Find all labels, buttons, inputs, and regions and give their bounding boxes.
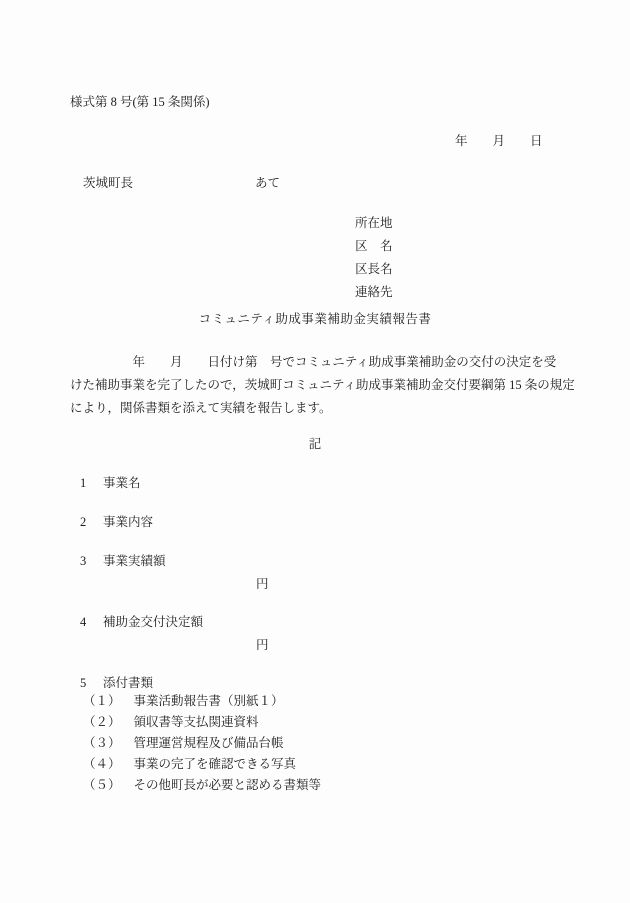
item-label: 事業実績額 xyxy=(103,550,166,573)
item-label: 事業名 xyxy=(103,472,141,495)
attachment-row-1: （１） 事業活動報告書（別紙１） xyxy=(70,691,560,712)
attachment-row-4: （４） 事業の完了を確認できる写真 xyxy=(70,754,560,775)
attachments-list: （１） 事業活動報告書（別紙１） （２） 領収書等支払関連資料 （３） 管理運営… xyxy=(70,691,560,796)
attachment-text: 管理運営規程及び備品台帳 xyxy=(134,733,284,754)
attachment-number: （５） xyxy=(83,775,121,796)
item-number: 3 xyxy=(80,550,103,573)
item-label: 事業内容 xyxy=(103,511,153,534)
attachment-number: （３） xyxy=(83,733,121,754)
body-paragraph: 年 月 日付け第 号でコミュニティ助成事業補助金の交付の決定を受 けた補助事業を… xyxy=(70,351,560,420)
item-number: 4 xyxy=(80,611,103,634)
attachment-number: （１） xyxy=(83,691,121,712)
sender-fields-block: 所在地 区 名 区長名 連絡先 xyxy=(355,212,560,304)
item-grant-decision-amount: 4 補助金交付決定額 xyxy=(70,611,560,634)
sender-district-name-label: 区 名 xyxy=(355,235,560,258)
item-project-content: 2 事業内容 xyxy=(70,511,560,534)
attachment-number: （２） xyxy=(83,712,121,733)
attachment-row-5: （５） その他町長が必要と認める書類等 xyxy=(70,775,560,796)
attachment-text: その他町長が必要と認める書類等 xyxy=(134,775,322,796)
item-label: 補助金交付決定額 xyxy=(103,611,203,634)
amount-unit-yen: 円 xyxy=(256,573,560,596)
sender-address-label: 所在地 xyxy=(355,212,560,235)
addressee-name: 茨城町長 xyxy=(83,172,133,195)
attachment-row-2: （２） 領収書等支払関連資料 xyxy=(70,712,560,733)
document-title: コミュニティ助成事業補助金実績報告書 xyxy=(70,308,560,331)
attachment-text: 事業の完了を確認できる写真 xyxy=(134,754,297,775)
addressee-suffix: あて xyxy=(255,172,280,195)
item-project-actual-amount: 3 事業実績額 xyxy=(70,550,560,573)
document-page: 様式第 8 号(第 15 条関係) 年 月 日 茨城町長 あて 所在地 区 名 … xyxy=(0,0,630,903)
attachment-text: 事業活動報告書（別紙１） xyxy=(134,691,284,712)
amount-unit-yen: 円 xyxy=(256,634,560,657)
issue-date-line: 年 月 日 xyxy=(455,130,560,153)
attachment-number: （４） xyxy=(83,754,121,775)
item-number: 1 xyxy=(80,472,103,495)
item-project-name: 1 事業名 xyxy=(70,472,560,495)
attachment-text: 領収書等支払関連資料 xyxy=(134,712,259,733)
item-number: 2 xyxy=(80,511,103,534)
sender-district-head-label: 区長名 xyxy=(355,258,560,281)
body-line-1: 年 月 日付け第 号でコミュニティ助成事業補助金の交付の決定を受 xyxy=(70,351,560,374)
record-heading: 記 xyxy=(70,433,560,456)
addressee-line: 茨城町長 あて xyxy=(70,172,560,195)
sender-contact-label: 連絡先 xyxy=(355,281,560,304)
body-line-3: により，関係書類を添えて実績を報告します。 xyxy=(70,397,560,420)
body-line-2: けた補助事業を完了したので，茨城町コミュニティ助成事業補助金交付要綱第 15 条… xyxy=(70,374,560,397)
form-number: 様式第 8 号(第 15 条関係) xyxy=(70,91,560,114)
attachment-row-3: （３） 管理運営規程及び備品台帳 xyxy=(70,733,560,754)
